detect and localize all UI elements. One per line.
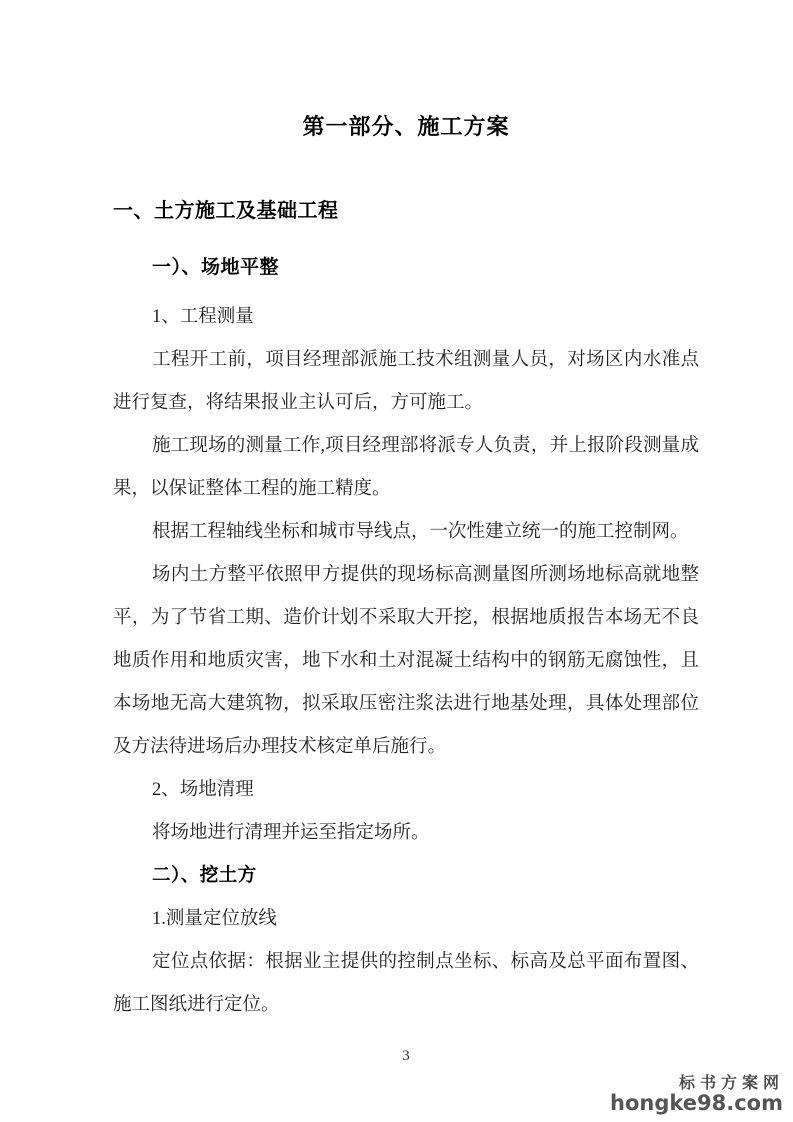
page-number: 3 [113, 1048, 699, 1065]
document-content: 第一部分、施工方案 一、土方施工及基础工程 一）、场地平整 1、工程测量 工程开… [113, 0, 699, 1027]
subsection-heading-excavation: 二）、挖土方 [113, 855, 699, 898]
paragraph-item-survey: 1、工程测量 [113, 296, 699, 339]
paragraph-item-site-clearing: 2、场地清理 [113, 769, 699, 812]
document-title: 第一部分、施工方案 [113, 112, 699, 142]
paragraph: 施工现场的测量工作,项目经理部将派专人负责，并上报阶段测量成果，以保证整体工程的… [113, 425, 699, 511]
paragraph: 工程开工前，项目经理部派施工技术组测量人员，对场区内水准点进行复查，将结果报业主… [113, 339, 699, 425]
paragraph: 场内土方整平依照甲方提供的现场标高测量图所测场地标高就地整平，为了节省工期、造价… [113, 554, 699, 769]
paragraph: 根据工程轴线坐标和城市导线点，一次性建立统一的施工控制网。 [113, 511, 699, 554]
watermark: 标书方案网 hongke98.com [610, 1075, 783, 1114]
paragraph: 定位点依据：根据业主提供的控制点坐标、标高及总平面布置图、施工图纸进行定位。 [113, 941, 699, 1027]
paragraph: 将场地进行清理并运至指定场所。 [113, 812, 699, 855]
paragraph-item-positioning: 1.测量定位放线 [113, 898, 699, 941]
watermark-site-domain: hongke98.com [610, 1092, 783, 1114]
document-body: 1、工程测量 工程开工前，项目经理部派施工技术组测量人员，对场区内水准点进行复查… [113, 296, 699, 1027]
watermark-site-name: 标书方案网 [610, 1075, 784, 1092]
document-page: 第一部分、施工方案 一、土方施工及基础工程 一）、场地平整 1、工程测量 工程开… [0, 0, 793, 1122]
section-heading-earthwork: 一、土方施工及基础工程 [113, 196, 699, 226]
subsection-heading-site-leveling: 一）、场地平整 [113, 253, 699, 283]
